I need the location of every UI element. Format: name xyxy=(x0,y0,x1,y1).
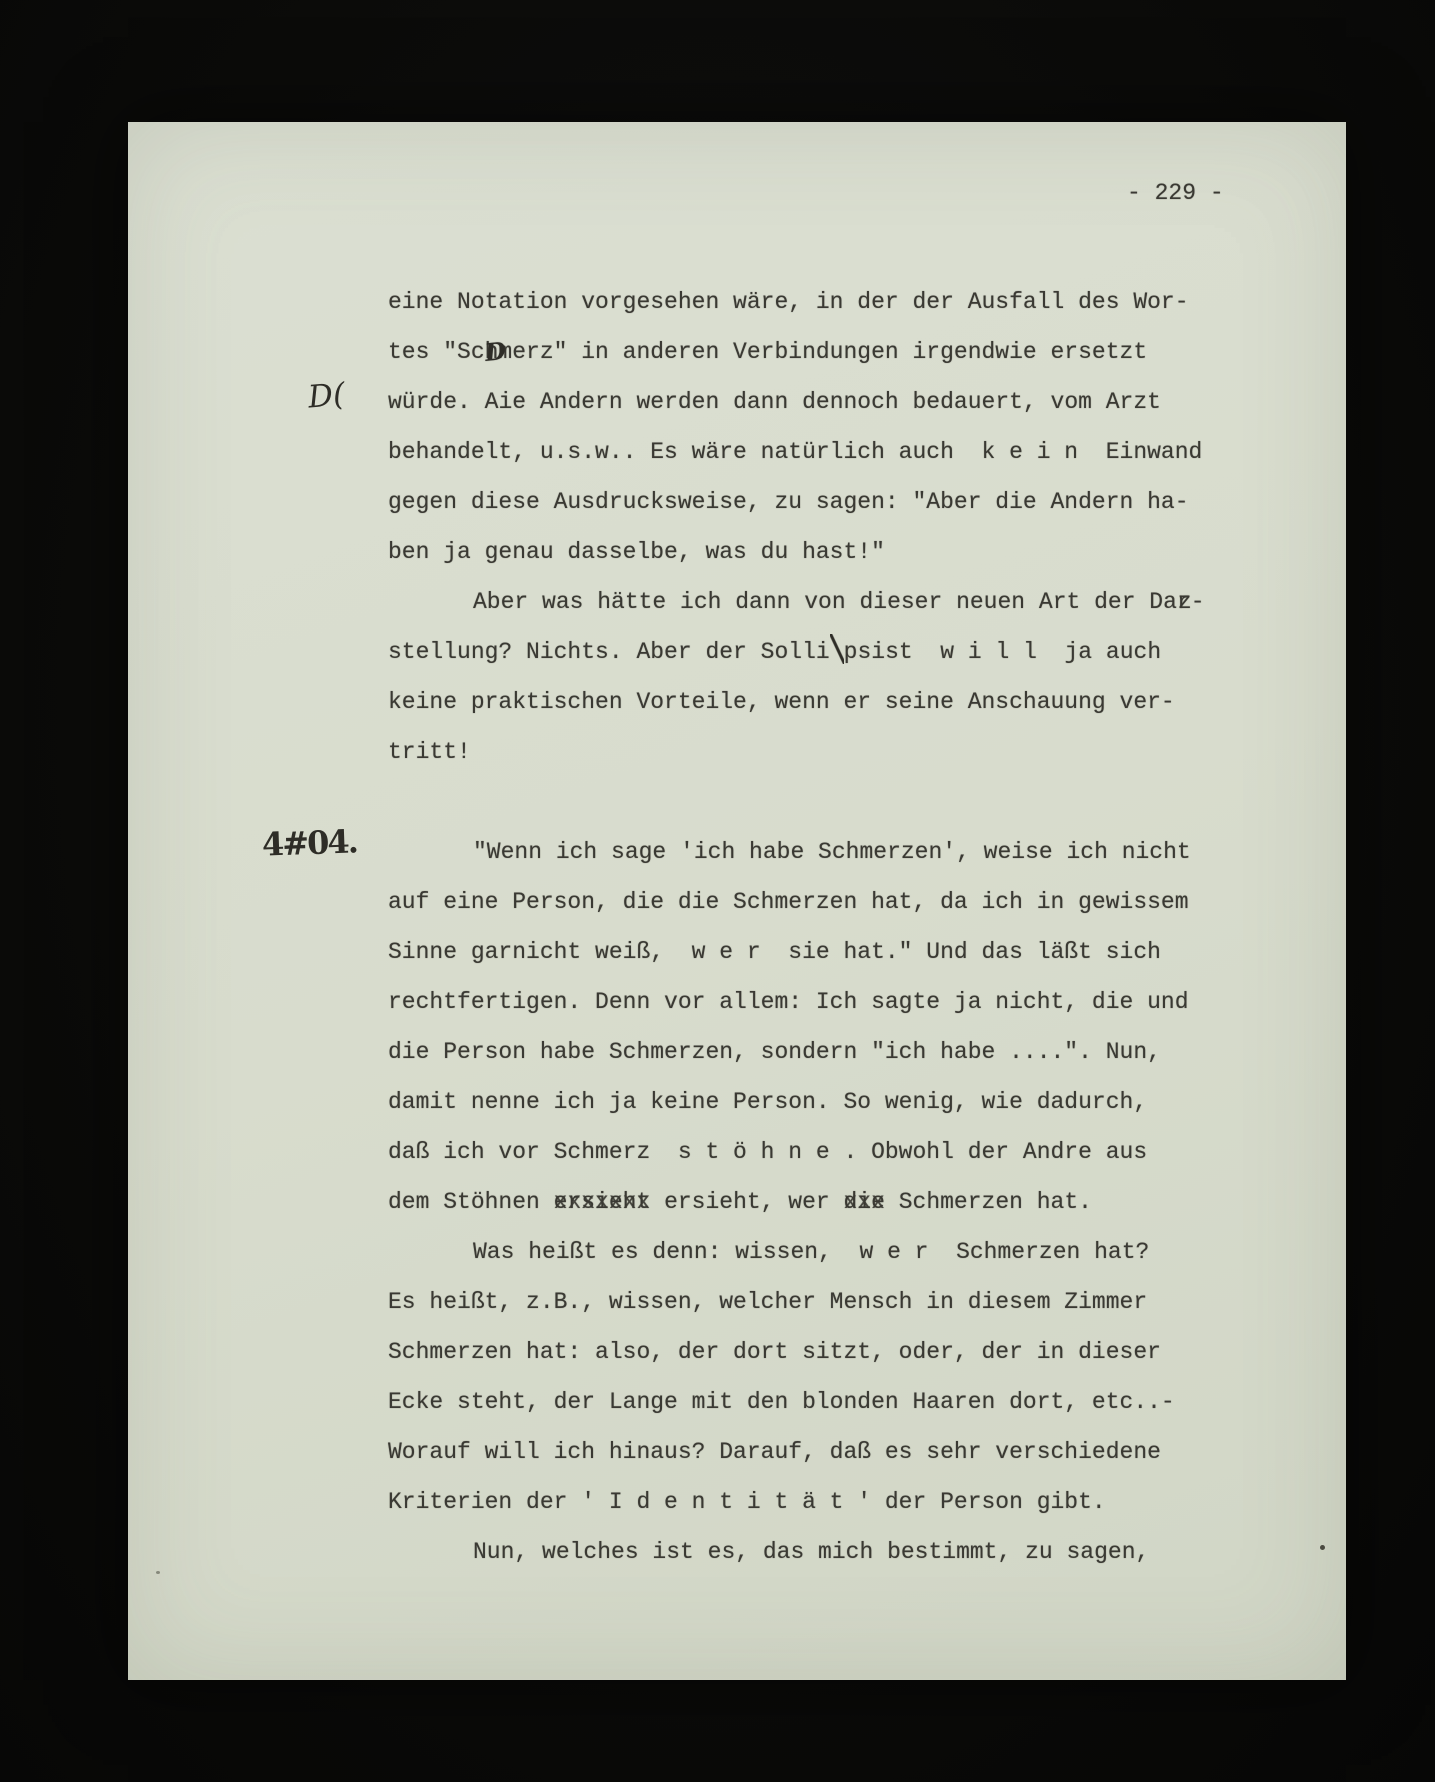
page-number: - 229 - xyxy=(1127,180,1224,206)
typescript-line: "Wenn ich sage 'ich habe Schmerzen', wei… xyxy=(388,827,1328,877)
typescript-line: die Person habe Schmerzen, sondern "ich … xyxy=(388,1027,1328,1077)
typescript-line: daß ich vor Schmerz s t ö h n e . Obwohl… xyxy=(388,1127,1328,1177)
typescript-line: Was heißt es denn: wissen, w e r Schmerz… xyxy=(388,1227,1328,1277)
line-text: Aber was hätte ich dann von dieser neuen… xyxy=(473,589,1177,615)
inserted-letter-annotation: D xyxy=(483,336,507,368)
typescript-line-with-deletions: dem Stöhnen ersiehtxxxxxxx ersieht, wer … xyxy=(388,1177,1328,1227)
typescript-line: Kriterien der ' I d e n t i t ä t ' der … xyxy=(388,1477,1328,1527)
typescript-line: Nun, welches ist es, das mich bestimmt, … xyxy=(388,1527,1328,1577)
ink-speck xyxy=(1320,1545,1325,1550)
corrected-letter: AD xyxy=(485,377,499,427)
typescript-line: gegen diese Ausdrucksweise, zu sagen: "A… xyxy=(388,477,1328,527)
line-text: würde. xyxy=(388,389,485,415)
typescript-line: eine Notation vorgesehen wäre, in der de… xyxy=(388,277,1328,327)
typescript-line-with-joiner: stellung? Nichts. Aber der Sollipsist w … xyxy=(388,627,1328,677)
typescript-line: Es heißt, z.B., wissen, welcher Mensch i… xyxy=(388,1277,1328,1327)
paper-sheet: - 229 - D( 4#04. eine Notation vorgesehe… xyxy=(128,122,1346,1680)
typescript-line: rechtfertigen. Denn vor allem: Ich sagte… xyxy=(388,977,1328,1027)
typescript-line: Schmerzen hat: also, der dort sitzt, ode… xyxy=(388,1327,1328,1377)
typescript-line: auf eine Person, die die Schmerzen hat, … xyxy=(388,877,1328,927)
cancelled-word: diexxx xyxy=(844,1177,885,1227)
typescript-line: Sinne garnicht weiß, w e r sie hat." Und… xyxy=(388,927,1328,977)
cancelled-word: ersiehtxxxxxxx xyxy=(554,1177,651,1227)
typescript-line: ben ja genau dasselbe, was du hast!" xyxy=(388,527,1328,577)
typescript-body: eine Notation vorgesehen wäre, in der de… xyxy=(388,277,1328,1577)
typescript-line: Ecke steht, der Lange mit den blonden Ha… xyxy=(388,1377,1328,1427)
typescript-line: keine praktischen Vorteile, wenn er sein… xyxy=(388,677,1328,727)
typescript-line: damit nenne ich ja keine Person. So weni… xyxy=(388,1077,1328,1127)
line-text: dem Stöhnen xyxy=(388,1189,554,1215)
typed-letter: A xyxy=(485,389,499,415)
margin-paragraph-mark: D( xyxy=(307,376,347,415)
line-text: ie Andern werden dann dennoch bedauert, … xyxy=(498,389,1161,415)
typescript-line: Worauf will ich hinaus? Darauf, daß es s… xyxy=(388,1427,1328,1477)
typescript-line: tes "Schmerz" in anderen Verbindungen ir… xyxy=(388,327,1328,377)
overtyped-character: rz xyxy=(1177,577,1191,627)
paragraph-gap xyxy=(388,777,1328,827)
margin-section-number: 4#04. xyxy=(261,822,357,863)
x-overstrike: xxx xyxy=(844,1177,885,1227)
ink-speck xyxy=(156,1571,160,1574)
typescript-line-with-insertion: würde. ADie Andern werden dann dennoch b… xyxy=(388,377,1328,427)
line-text: ersieht, wer xyxy=(650,1189,843,1215)
typescript-line: tritt! xyxy=(388,727,1328,777)
typescript-line: behandelt, u.s.w.. Es wäre natürlich auc… xyxy=(388,427,1328,477)
typescript-line-with-overtype: Aber was hätte ich dann von dieser neuen… xyxy=(388,577,1328,627)
handwritten-joiner-stroke xyxy=(830,634,844,664)
overtype-top: z xyxy=(1178,577,1192,627)
line-text: stellung? Nichts. Aber der Solli xyxy=(388,639,830,665)
x-overstrike: xxxxxxx xyxy=(554,1177,651,1227)
line-text: - xyxy=(1191,589,1205,615)
line-text: Schmerzen hat. xyxy=(885,1189,1092,1215)
line-text: psist w i l l ja auch xyxy=(844,639,1161,665)
